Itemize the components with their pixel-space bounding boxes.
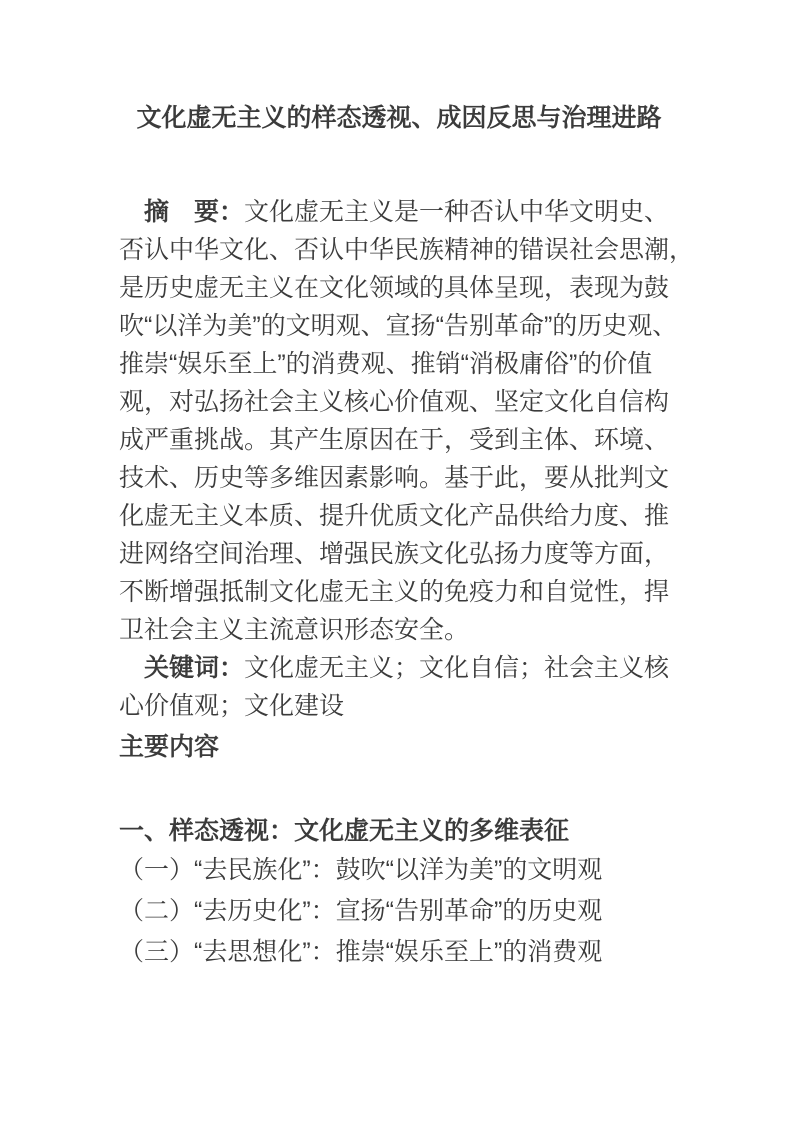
abstract-line: 推崇“娱乐至上”的消费观、推销“消极庸俗”的价值 (119, 345, 679, 383)
abstract-line: 技术、历史等多维因素影响。基于此，要从批判文 (119, 459, 679, 497)
abstract-line: 成严重挑战。其产生原因在于，受到主体、环境、 (119, 421, 679, 459)
abstract-line: 否认中华文化、否认中华民族精神的错误社会思潮， (119, 231, 679, 269)
main-content-heading: 主要内容 (119, 728, 679, 766)
abstract-line: 是历史虚无主义在文化领域的具体呈现，表现为鼓 (119, 269, 679, 307)
abstract-line: 吹“以洋为美”的文明观、宣扬“告别革命”的历史观、 (119, 307, 679, 345)
abstract-line: 进网络空间治理、增强民族文化弘扬力度等方面， (119, 535, 679, 573)
abstract-paragraph: 摘 要：文化虚无主义是一种否认中华文明史、 否认中华文化、否认中华民族精神的错误… (119, 193, 679, 649)
document-content: 文化虚无主义的样态透视、成因反思与治理进路 摘 要：文化虚无主义是一种否认中华文… (119, 0, 679, 973)
abstract-line: 卫社会主义主流意识形态安全。 (119, 611, 679, 649)
outline-item-2: （二）“去历史化”：宣扬“告别革命”的历史观 (119, 891, 679, 932)
abstract-line: 观，对弘扬社会主义核心价值观、坚定文化自信构 (119, 383, 679, 421)
section-1-outline: （一）“去民族化”：鼓吹“以洋为美”的文明观 （二）“去历史化”：宣扬“告别革命… (119, 850, 679, 973)
abstract-line: 化虚无主义本质、提升优质文化产品供给力度、推 (119, 497, 679, 535)
abstract-text: 文化虚无主义是一种否认中华文明史、 (244, 198, 669, 226)
section-1-heading: 一、样态透视：文化虚无主义的多维表征 (119, 812, 679, 850)
outline-item-1: （一）“去民族化”：鼓吹“以洋为美”的文明观 (119, 850, 679, 891)
keywords-label: 关键词： (144, 654, 244, 682)
keywords-line: 关键词：文化虚无主义；文化自信；社会主义核 (119, 649, 679, 687)
abstract-line: 不断增强抵制文化虚无主义的免疫力和自觉性，捍 (119, 573, 679, 611)
document-page: 文化虚无主义的样态透视、成因反思与治理进路 摘 要：文化虚无主义是一种否认中华文… (0, 0, 794, 1122)
abstract-line: 摘 要：文化虚无主义是一种否认中华文明史、 (119, 193, 679, 231)
keywords-text: 文化虚无主义；文化自信；社会主义核 (244, 654, 669, 682)
outline-item-3: （三）“去思想化”：推崇“娱乐至上”的消费观 (119, 932, 679, 973)
keywords-line: 心价值观；文化建设 (119, 687, 679, 725)
page-title: 文化虚无主义的样态透视、成因反思与治理进路 (119, 99, 679, 137)
abstract-label: 摘 要： (144, 198, 244, 226)
keywords-paragraph: 关键词：文化虚无主义；文化自信；社会主义核 心价值观；文化建设 (119, 649, 679, 725)
